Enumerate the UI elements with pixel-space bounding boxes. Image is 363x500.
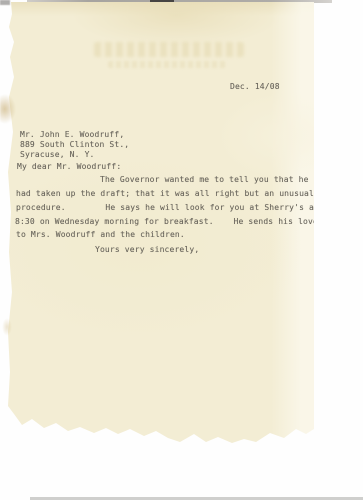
- address-line-2: 889 South Clinton St.,: [20, 140, 129, 149]
- salutation-line: My dear Mr. Woodruff:: [17, 162, 121, 171]
- paper-stain-small: [2, 318, 12, 336]
- faded-letterhead-line1: [94, 42, 244, 57]
- faded-letterhead-line2: [108, 61, 226, 68]
- body-line-2: had taken up the draft; that it was all …: [16, 189, 314, 198]
- faded-letterhead: [94, 40, 244, 72]
- scanned-letter-page: Dec. 14/08 Mr. John E. Woodruff, 889 Sou…: [0, 0, 363, 500]
- body-line-1: The Governor wanted me to tell you that …: [100, 175, 309, 184]
- address-line-1: Mr. John E. Woodruff,: [20, 130, 124, 139]
- paper-stain: [0, 94, 16, 124]
- scan-corner-mark: [0, 0, 10, 5]
- address-line-3: Syracuse, N. Y.: [20, 150, 95, 159]
- body-line-3: procedure. He says he will look for you …: [16, 203, 319, 212]
- body-line-4: 8:30 on Wednesday morning for breakfast.…: [15, 217, 318, 226]
- letter-paper: Dec. 14/08 Mr. John E. Woodruff, 889 Sou…: [8, 2, 314, 448]
- body-line-5: to Mrs. Woodruff and the children.: [16, 230, 185, 239]
- closing-line: Yours very sincerely,: [95, 245, 199, 254]
- date-line: Dec. 14/08: [230, 82, 280, 91]
